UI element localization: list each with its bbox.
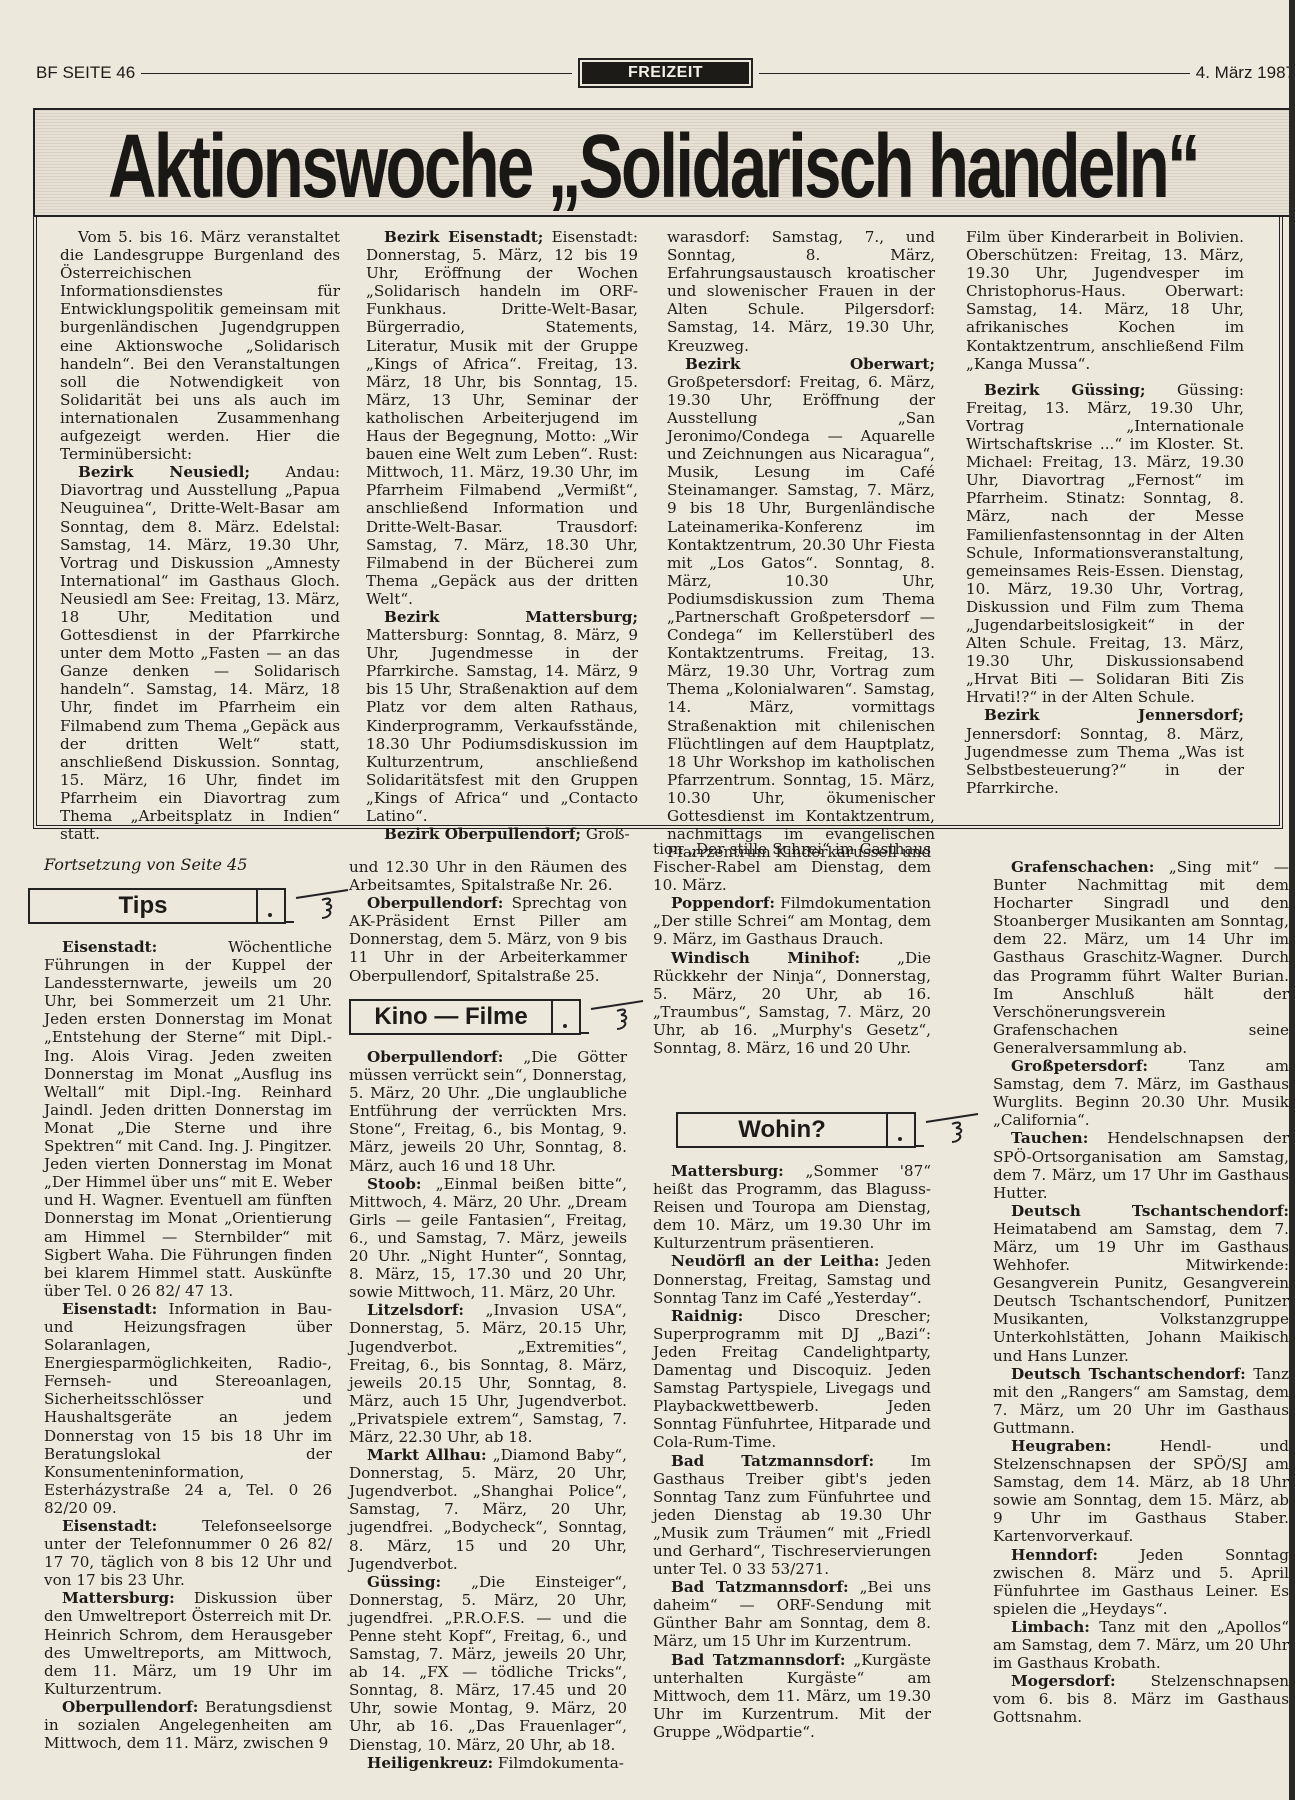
lower-column-4: Grafenschachen: „Sing mit“ — Bunter Nach…: [993, 858, 1289, 1727]
section-header-tips: Tips: [28, 888, 356, 924]
paragraph: Poppendorf: Filmdokumentation „Der still…: [653, 894, 931, 948]
lower-column-1: Eisenstadt: Wöchentliche Führungen in de…: [44, 938, 332, 1752]
place-name: Mogersdorf:: [1011, 1672, 1116, 1690]
place-name: Bad Tatzmannsdorf:: [671, 1651, 845, 1669]
paragraph: Eisenstadt: Information in Bau- und Heiz…: [44, 1300, 332, 1517]
place-name: Bad Tatzmannsdorf:: [671, 1452, 874, 1470]
paragraph: Tauchen: Hendelschnapsen der SPÖ-Ortsorg…: [993, 1129, 1289, 1201]
paragraph: Mattersburg: Diskussion über den Umweltr…: [44, 1589, 332, 1698]
lower-column-2b: Oberpullendorf: „Die Götter müssen verrü…: [349, 1048, 627, 1772]
paragraph: Henndorf: Jeden Sonntag zwischen 8. März…: [993, 1546, 1289, 1618]
newspaper-page: BF SEITE 46 FREIZEIT 4. März 1987 Aktion…: [0, 0, 1295, 1800]
paragraph: Bezirk Jennersdorf; Jennersdorf: Sonntag…: [966, 706, 1244, 796]
paragraph: Grafenschachen: „Sing mit“ — Bunter Nach…: [993, 858, 1289, 1057]
paragraph: Eisenstadt: Telefonseelsorge unter der T…: [44, 1517, 332, 1589]
paragraph: Limbach: Tanz mit den „Apollos“ am Samst…: [993, 1618, 1289, 1672]
paragraph: Raidnig: Disco Drescher; Superprogramm m…: [653, 1307, 931, 1452]
lower-column-2a: und 12.30 Uhr in den Räumen des Arbeitsa…: [349, 858, 627, 985]
place-name: Bezirk Oberpullendorf;: [384, 825, 581, 843]
place-name: Oberpullendorf:: [367, 894, 503, 912]
paragraph: Bezirk Oberwart; Großpetersdorf: Freitag…: [667, 355, 935, 862]
paragraph: Litzelsdorf: „Invasion USA“, Donnerstag,…: [349, 1301, 627, 1446]
place-name: Mattersburg:: [62, 1589, 175, 1607]
place-name: Heugraben:: [1011, 1437, 1111, 1455]
paragraph: Stoob: „Einmal beißen bitte“, Mittwoch, …: [349, 1175, 627, 1302]
section-header-wohin: Wohin?: [676, 1112, 986, 1148]
bullet-box: [886, 1112, 916, 1148]
paragraph: Bad Tatzmannsdorf: „Bei uns daheim“ — OR…: [653, 1578, 931, 1650]
paragraph: Deutsch Tschantschendorf: Tanz mit den „…: [993, 1365, 1289, 1437]
lower-column-3b: Mattersburg: „Sommer '87“ heißt das Prog…: [653, 1162, 931, 1741]
place-name: Heiligenkreuz:: [367, 1754, 493, 1772]
place-name: Deutsch Tschantschendorf:: [1011, 1365, 1246, 1383]
header-rule-left: [141, 73, 572, 74]
headline: Aktionswoche „Solidarisch handeln“: [108, 114, 1198, 219]
bullet-box: [256, 888, 286, 924]
paragraph: tion „Der stille Schrei“ im Gasthaus Fis…: [653, 840, 931, 894]
continuation-note: Fortsetzung von Seite 45: [44, 855, 247, 874]
place-name: Eisenstadt:: [62, 938, 157, 956]
place-name: Poppendorf:: [671, 894, 775, 912]
place-name: Großpetersdorf:: [1011, 1057, 1148, 1075]
place-name: Eisenstadt:: [62, 1517, 157, 1535]
paragraph: Windisch Minihof: „Die Rückkehr der Ninj…: [653, 949, 931, 1058]
place-name: Bad Tatzmannsdorf:: [671, 1578, 849, 1596]
paragraph: Mogersdorf: Stelzenschnapsen vom 6. bis …: [993, 1672, 1289, 1726]
paragraph: Oberpullendorf: Sprechtag von AK-Präside…: [349, 894, 627, 984]
paragraph: Eisenstadt: Wöchentliche Führungen in de…: [44, 938, 332, 1300]
bullet-box: [551, 999, 581, 1035]
lower-column-3a: tion „Der stille Schrei“ im Gasthaus Fis…: [653, 840, 931, 1057]
place-name: Bezirk Mattersburg;: [384, 608, 638, 626]
article-column-1: Vom 5. bis 16. März veranstaltet die Lan…: [60, 228, 340, 843]
running-header: BF SEITE 46 FREIZEIT 4. März 1987: [36, 58, 1295, 88]
place-name: Neudörfl an der Leitha:: [671, 1252, 879, 1270]
place-name: Bezirk Jennersdorf;: [984, 706, 1244, 724]
place-name: Bezirk Eisenstadt;: [384, 228, 543, 246]
article-column-2: Bezirk Eisenstadt; Eisenstadt: Donnersta…: [366, 228, 638, 843]
issue-date: 4. März 1987: [1196, 63, 1295, 83]
header-rule-right: [759, 73, 1190, 74]
place-name: Bezirk Neusiedl;: [78, 463, 250, 481]
paragraph: Bezirk Eisenstadt; Eisenstadt: Donnersta…: [366, 228, 638, 608]
article-column-4: Film über Kinderarbeit in Bolivien. Ober…: [966, 228, 1244, 797]
place-name: Stoob:: [367, 1175, 421, 1193]
paragraph: Bezirk Oberpullendorf; Groß-: [366, 825, 638, 843]
paragraph: Heiligenkreuz: Filmdokumenta-: [349, 1754, 627, 1772]
place-name: Bezirk Oberwart;: [685, 355, 935, 373]
section-kicker: FREIZEIT: [578, 58, 753, 88]
paragraph: Neudörfl an der Leitha: Jeden Donnerstag…: [653, 1252, 931, 1306]
paragraph: Bad Tatzmannsdorf: „Kurgäste unterhalten…: [653, 1651, 931, 1741]
place-name: Oberpullendorf:: [62, 1698, 198, 1716]
paragraph: Güssing: „Die Einsteiger“, Donnerstag, 5…: [349, 1573, 627, 1754]
place-name: Güssing:: [367, 1573, 441, 1591]
section-header-kino: Kino — Filme: [349, 999, 651, 1035]
place-name: Eisenstadt:: [62, 1300, 157, 1318]
place-name: Mattersburg:: [671, 1162, 784, 1180]
place-name: Grafenschachen:: [1011, 858, 1154, 876]
place-name: Bezirk Güssing;: [984, 381, 1146, 399]
place-name: Deutsch Tschantschendorf:: [1011, 1202, 1289, 1220]
paragraph: Bad Tatzmannsdorf: Im Gasthaus Treiber g…: [653, 1452, 931, 1579]
paragraph: Heugraben: Hendl- und Stelzenschnapsen d…: [993, 1437, 1289, 1546]
place-name: Limbach:: [1011, 1618, 1090, 1636]
article-column-3: warasdorf: Samstag, 7., und Sonntag, 8. …: [667, 228, 935, 861]
paragraph: Oberpullendorf: „Die Götter müssen verrü…: [349, 1048, 627, 1175]
paragraph: Bezirk Mattersburg; Mattersburg: Sonntag…: [366, 608, 638, 825]
paragraph: Oberpullendorf: Beratungsdienst in sozia…: [44, 1698, 332, 1752]
place-name: Litzelsdorf:: [367, 1301, 464, 1319]
place-name: Oberpullendorf:: [367, 1048, 503, 1066]
place-name: Markt Allhau:: [367, 1446, 487, 1464]
pointing-hand-icon: [581, 999, 651, 1035]
paragraph: Deutsch Tschantschendorf: Heimatabend am…: [993, 1202, 1289, 1365]
place-name: Windisch Minihof:: [671, 949, 860, 967]
place-name: Raidnig:: [671, 1307, 743, 1325]
paragraph: Markt Allhau: „Diamond Baby“, Donnerstag…: [349, 1446, 627, 1573]
paragraph: warasdorf: Samstag, 7., und Sonntag, 8. …: [667, 228, 935, 355]
pointing-hand-icon: [286, 888, 356, 924]
place-name: Tauchen:: [1011, 1129, 1088, 1147]
pointing-hand-icon: [916, 1112, 986, 1148]
place-name: Henndorf:: [1011, 1546, 1098, 1564]
paragraph: Mattersburg: „Sommer '87“ heißt das Prog…: [653, 1162, 931, 1252]
paragraph: Film über Kinderarbeit in Bolivien. Ober…: [966, 228, 1244, 373]
paragraph: Bezirk Güssing; Güssing: Freitag, 13. Mä…: [966, 381, 1244, 707]
paragraph: und 12.30 Uhr in den Räumen des Arbeitsa…: [349, 858, 627, 894]
paragraph: Großpetersdorf: Tanz am Samstag, dem 7. …: [993, 1057, 1289, 1129]
paragraph: Vom 5. bis 16. März veranstaltet die Lan…: [60, 228, 340, 463]
paragraph: Bezirk Neusiedl; Andau: Diavortrag und A…: [60, 463, 340, 843]
page-edge-shadow: [1289, 0, 1295, 1800]
page-number: BF SEITE 46: [36, 63, 135, 83]
headline-box: Aktionswoche „Solidarisch handeln“: [33, 108, 1295, 217]
